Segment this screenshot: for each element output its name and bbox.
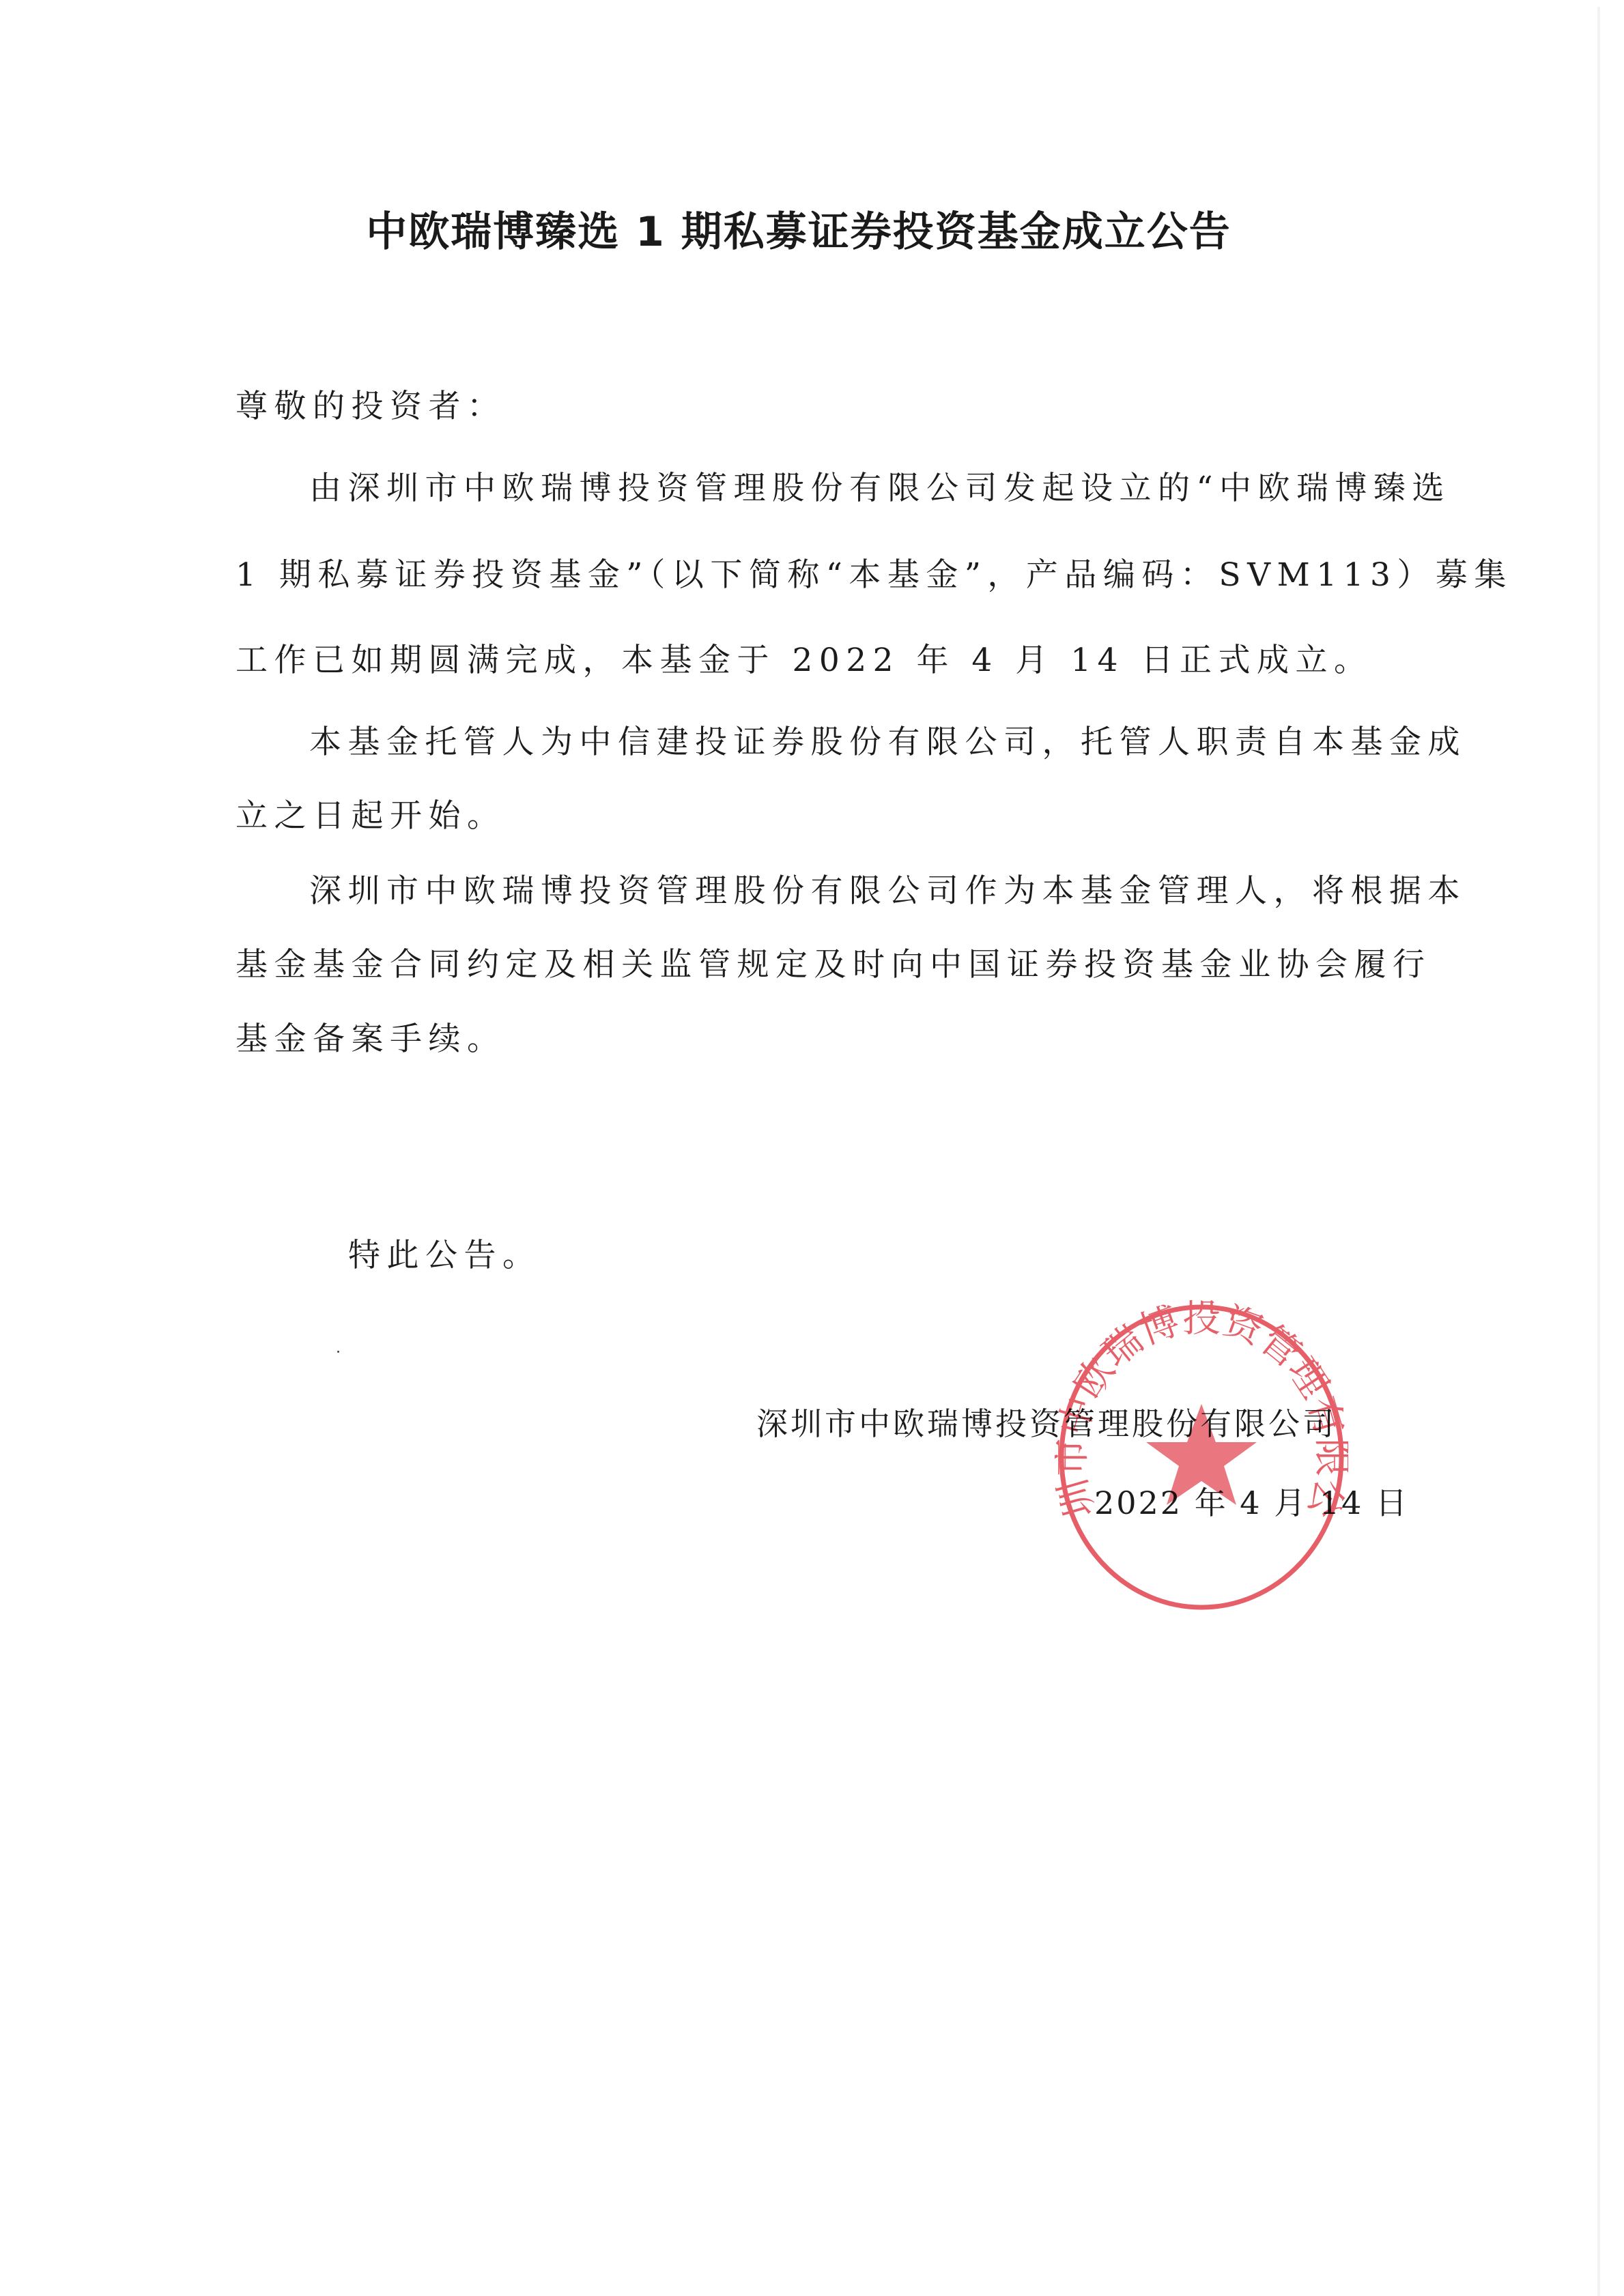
signature-date: 2022 年 4 月 14 日 — [1094, 1484, 1409, 1522]
paragraph-2-line-1: 本基金托管人为中信建投证券股份有限公司，托管人职责自本基金成 — [309, 723, 1466, 762]
paragraph-1-line-1: 由深圳市中欧瑞博投资管理股份有限公司发起设立的“中欧瑞博臻选 — [309, 470, 1451, 508]
signature-company: 深圳市中欧瑞博投资管理股份有限公司 — [756, 1405, 1337, 1443]
closing-statement: 特此公告。 — [348, 1237, 541, 1275]
paragraph-1-line-2: 1 期私募证券投资基金”（以下简称“本基金”，产品编码：SVM113）募集 — [236, 556, 1513, 594]
scan-speck — [337, 1351, 339, 1353]
scan-edge — [1597, 7, 1600, 2296]
company-seal-icon: 深圳市中欧瑞博投资管理有限公司 — [1055, 1300, 1348, 1614]
paragraph-1-line-3: 工作已如期圆满完成，本基金于 2022 年 4 月 14 日正式成立。 — [236, 642, 1372, 680]
paragraph-3-line-3: 基金备案手续。 — [236, 1020, 506, 1059]
salutation: 尊敬的投资者： — [236, 388, 506, 426]
paragraph-3-line-1: 深圳市中欧瑞博投资管理股份有限公司作为本基金管理人，将根据本 — [309, 872, 1466, 910]
document-title: 中欧瑞博臻选 1 期私募证券投资基金成立公告 — [0, 205, 1597, 259]
paragraph-2-line-2: 立之日起开始。 — [236, 797, 506, 835]
paragraph-3-line-2: 基金基金合同约定及相关监管规定及时向中国证券投资基金业协会履行 — [236, 946, 1431, 984]
